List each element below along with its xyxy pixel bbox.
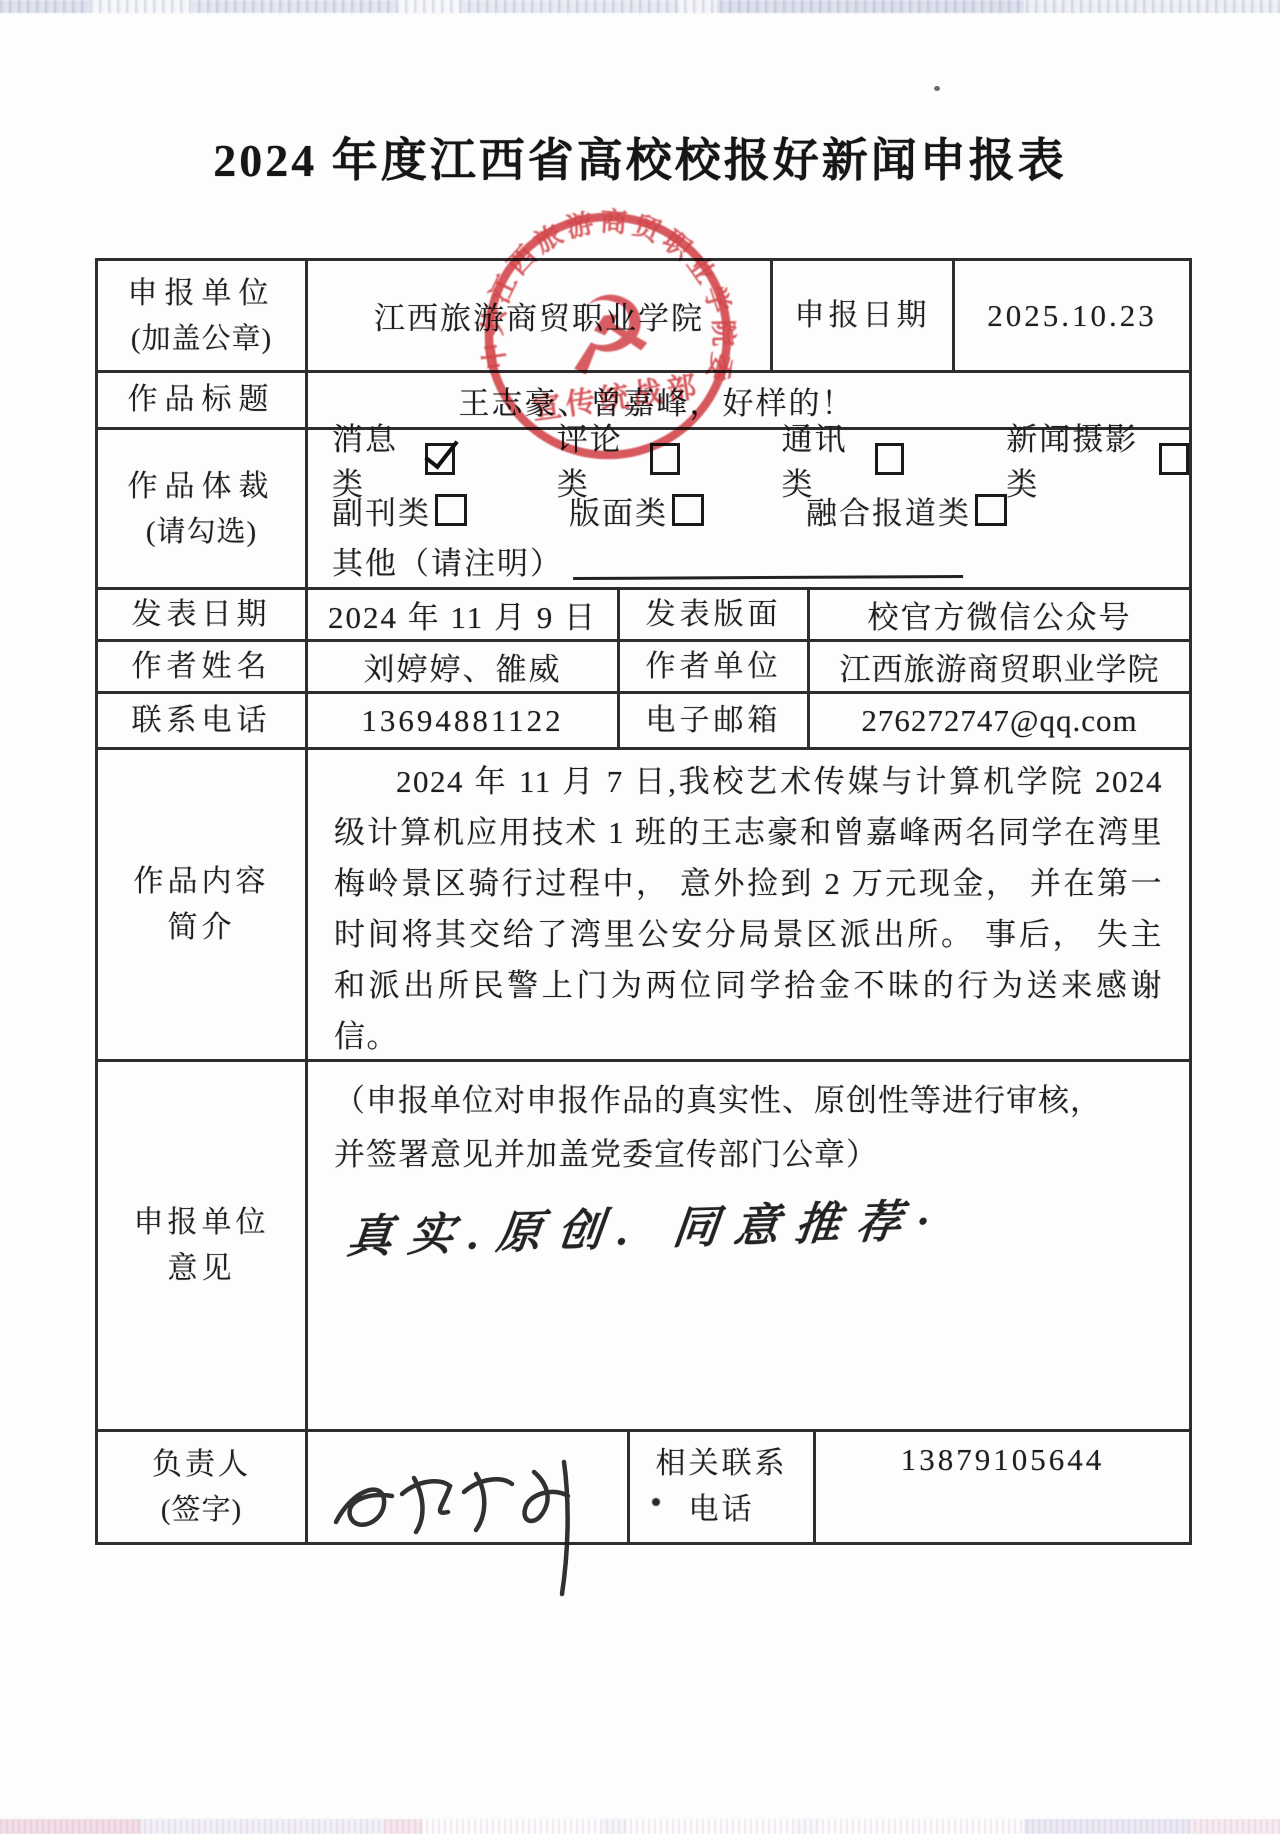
label-author-unit: 作者单位 <box>620 642 810 691</box>
table-row-author-name: 作者姓名 刘婷婷、雒威 作者单位 江西旅游商贸职业学院 <box>98 642 1189 694</box>
scanned-application-form-page: 2024 年度江西省高校校报好新闻申报表 申报单位 (加盖公章) 江西旅游商贸职… <box>0 0 1280 1834</box>
handwritten-opinion: 真实.原创. 同意推荐· <box>344 1184 948 1266</box>
label-genre: 作品体裁 (请勾选) <box>98 430 308 587</box>
checkbox-communication-icon <box>875 443 904 475</box>
other-fill-in-blank <box>573 540 963 579</box>
value-author-unit: 江西旅游商贸职业学院 <box>810 642 1189 691</box>
value-email: 276272747@qq.com <box>810 694 1189 747</box>
label-summary: 作品内容 简介 <box>98 750 308 1059</box>
label-declaring-unit: 申报单位 (加盖公章) <box>98 261 308 370</box>
ink-dot-after-signature <box>652 1498 660 1506</box>
label-unit-opinion: 申报单位 意见 <box>98 1062 308 1429</box>
opinion-note-line1: （申报单位对申报作品的真实性、原创性等进行审核， <box>334 1074 1102 1128</box>
scan-edge-smudge-bottom <box>0 1819 1280 1834</box>
label-author-name: 作者姓名 <box>98 642 308 691</box>
genre-option-supplement: 副刊类 <box>332 488 467 533</box>
genre-line-1: 消息类 评论类 通讯类 新闻摄影类 <box>332 432 1189 485</box>
form-title: 2024 年度江西省高校校报好新闻申报表 <box>0 124 1280 190</box>
checkbox-photo-icon <box>1159 443 1189 475</box>
table-row-contact-phone: 联系电话 13694881122 电子邮箱 276272747@qq.com <box>98 694 1189 750</box>
genre-option-converged: 融合报道类 <box>806 488 1007 533</box>
table-row-unit-opinion: 申报单位 意见 （申报单位对申报作品的真实性、原创性等进行审核， 并签署意见并加… <box>98 1062 1189 1432</box>
label-publish-date: 发表日期 <box>98 590 308 639</box>
checkbox-layout-icon <box>672 494 704 526</box>
genre-option-other: 其他（请注明） <box>332 538 563 583</box>
checkbox-news-checked-icon <box>425 443 454 475</box>
genre-line-2: 副刊类 版面类 融合报道类 <box>332 485 1189 535</box>
label-declare-date: 申报日期 <box>773 261 955 370</box>
label-related-phone: 相关联系 电话 <box>630 1432 816 1542</box>
table-row-publish-date: 发表日期 2024 年 11 月 9 日 发表版面 校官方微信公众号 <box>98 590 1189 642</box>
label-email: 电子邮箱 <box>620 694 810 747</box>
table-row-summary: 作品内容 简介 2024 年 11 月 7 日,我校艺术传媒与计算机学院 202… <box>98 750 1189 1062</box>
label-work-title: 作品标题 <box>98 373 308 427</box>
label-responsible-person: 负责人 (签字) <box>98 1432 308 1542</box>
value-related-phone: 13879105644 <box>816 1432 1189 1542</box>
label-contact-phone: 联系电话 <box>98 694 308 747</box>
genre-option-layout: 版面类 <box>569 488 704 533</box>
genre-line-other: 其他（请注明） <box>332 535 1189 585</box>
genre-options: 消息类 评论类 通讯类 新闻摄影类 副刊类 版面类 融合报道类 其他（请注明） <box>308 430 1189 587</box>
value-unit-opinion: （申报单位对申报作品的真实性、原创性等进行审核， 并签署意见并加盖党委宣传部门公… <box>308 1062 1189 1429</box>
checkbox-converged-icon <box>975 494 1007 526</box>
official-red-seal: 中共江西旅游商贸职业学院委员会 ☭ 宣传统战部 <box>461 189 755 483</box>
value-author-name: 刘婷婷、雒威 <box>308 642 620 691</box>
responsible-person-signature-scribble <box>318 1436 648 1600</box>
value-summary: 2024 年 11 月 7 日,我校艺术传媒与计算机学院 2024 级计算机应用… <box>308 750 1189 1059</box>
value-declare-date: 2025.10.23 <box>955 261 1189 370</box>
value-publish-date: 2024 年 11 月 9 日 <box>308 590 620 639</box>
scan-edge-smudge-top <box>0 0 1280 13</box>
value-publish-page: 校官方微信公众号 <box>810 590 1189 639</box>
ink-speck <box>934 86 940 91</box>
opinion-note-line2: 并签署意见并加盖党委宣传部门公章） <box>334 1128 878 1182</box>
checkbox-supplement-icon <box>435 494 467 526</box>
value-contact-phone: 13694881122 <box>308 694 620 747</box>
summary-paragraph: 2024 年 11 月 7 日,我校艺术传媒与计算机学院 2024 级计算机应用… <box>334 756 1163 1062</box>
label-publish-page: 发表版面 <box>620 590 810 639</box>
